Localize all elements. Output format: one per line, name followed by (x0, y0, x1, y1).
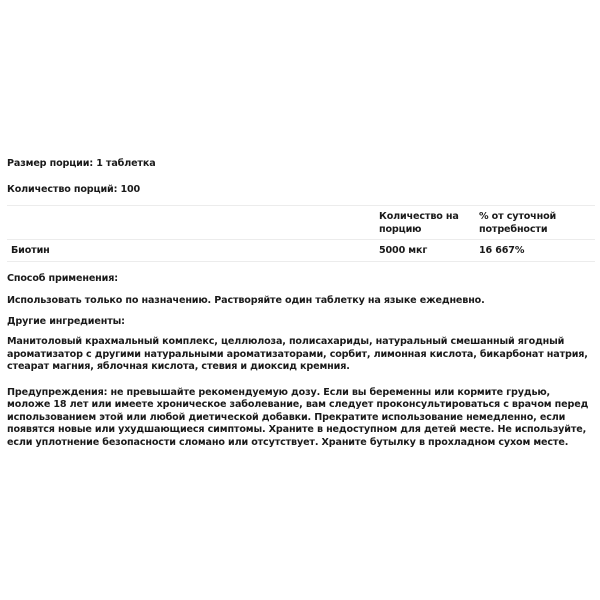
ingredient-name: Биотин (7, 240, 379, 262)
other-ingredients-text: Манитоловый крахмальный комплекс, целлюл… (7, 336, 595, 374)
table-header-row: Количество на порцию % от суточной потре… (7, 206, 595, 240)
usage-title: Способ применения: (7, 272, 595, 285)
header-daily-value: % от суточной потребности (479, 206, 595, 240)
ingredient-daily-value: 16 667% (479, 240, 595, 262)
header-ingredient (7, 206, 379, 240)
usage-text: Использовать только по назначению. Раств… (7, 294, 595, 307)
header-amount: Количество на порцию (379, 206, 479, 240)
table-row: Биотин 5000 мкг 16 667% (7, 240, 595, 262)
other-ingredients-title: Другие ингредиенты: (7, 315, 595, 328)
ingredient-amount: 5000 мкг (379, 240, 479, 262)
servings-count: Количество порций: 100 (7, 183, 595, 196)
supplement-facts: Размер порции: 1 таблетка Количество пор… (7, 157, 595, 449)
serving-size: Размер порции: 1 таблетка (7, 157, 595, 170)
warnings-text: Предупреждения: не превышайте рекомендуе… (7, 387, 595, 450)
nutrition-table: Количество на порцию % от суточной потре… (7, 205, 595, 262)
